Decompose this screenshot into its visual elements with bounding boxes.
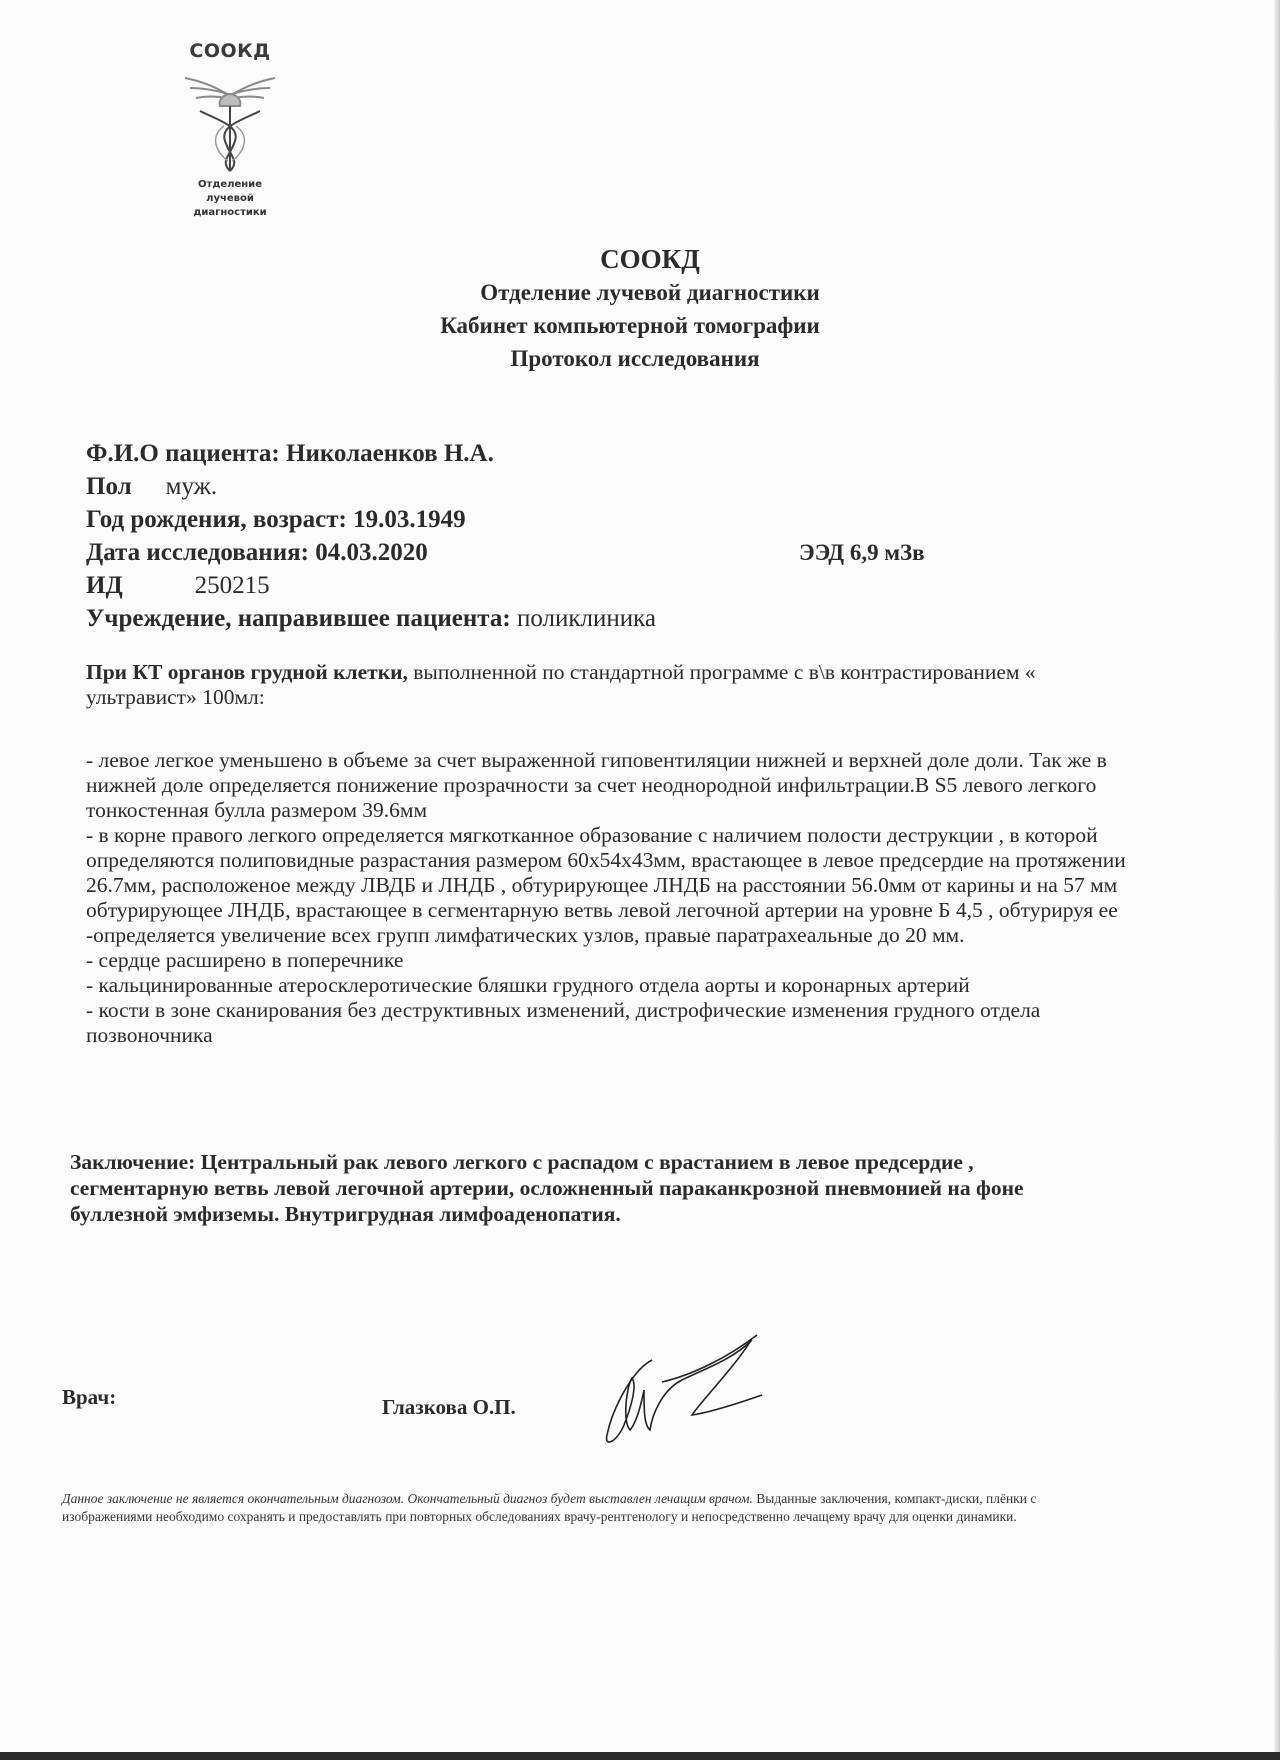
patient-id-row: ИД250215 [86,569,1136,602]
patient-birth-value: 19.03.1949 [353,506,466,533]
patient-name-value: Николаенков Н.А. [286,440,494,467]
exam-date-row: Дата исследования: 04.03.2020 ЭЭД 6,9 мЗ… [86,536,1136,569]
scan-edge [1274,0,1280,1760]
patient-birth-row: Год рождения, возраст: 19.03.1949 [86,503,1136,536]
finding-item: - левое легкое уменьшено в объеме за сче… [86,748,1126,823]
patient-id-label: ИД [86,572,123,599]
handwritten-signature-icon [582,1330,822,1450]
intro-label: При КТ органов грудной клетки, [86,660,408,684]
document-header: СООКД Отделение лучевой диагностики Каби… [300,242,960,375]
finding-item: - кости в зоне сканирования без деструкт… [86,998,1126,1048]
exam-date-value: 04.03.2020 [315,539,428,566]
patient-name-row: Ф.И.О пациента: Николаенков Н.А. [86,437,1136,470]
finding-item: - сердце расширено в поперечнике [86,948,1126,973]
logo-caption-line: Отделение [170,178,290,192]
referrer-value: поликлиника [517,605,656,632]
doctor-label: Врач: [62,1385,116,1410]
doctor-name: Глазкова О.П. [382,1395,516,1420]
findings-list: - левое легкое уменьшено в объеме за сче… [86,748,1126,1048]
disclaimer: Данное заключение не является окончатель… [62,1490,1112,1526]
header-department: Отделение лучевой диагностики [300,276,960,309]
institution-logo: СООКД Отделение лучевой диагностики [170,40,290,220]
header-cabinet: Кабинет компьютерной томографии [300,309,960,342]
logo-title: СООКД [170,40,290,62]
finding-item: - кальцинированные атеросклеротические б… [86,973,1126,998]
scanned-document-page: СООКД Отделение лучевой диагностики С [0,0,1280,1760]
exam-date-label: Дата исследования: [86,539,309,566]
finding-item: -определяется увеличение всех групп лимф… [86,923,1126,948]
conclusion: Заключение: Центральный рак левого легко… [70,1149,1110,1227]
logo-caption-line: лучевой [170,192,290,206]
finding-item: - в корне правого легкого определяется м… [86,823,1126,923]
patient-sex-value: муж. [166,473,218,500]
referrer-label: Учреждение, направившее пациента: [86,605,511,632]
caduceus-wings-icon [180,66,280,176]
patient-birth-label: Год рождения, возраст: [86,506,347,533]
referrer-row: Учреждение, направившее пациента: поликл… [86,602,1136,635]
patient-sex-row: Полмуж. [86,470,1136,503]
logo-caption: Отделение лучевой диагностики [170,178,290,220]
scan-edge [0,1752,1280,1760]
effective-dose: ЭЭД 6,9 мЗв [799,536,925,569]
exam-intro: При КТ органов грудной клетки, выполненн… [86,660,1126,710]
header-doc-type: Протокол исследования [300,342,960,375]
patient-sex-label: Пол [86,473,132,500]
patient-name-label: Ф.И.О пациента: [86,440,280,467]
disclaimer-italic: Данное заключение не является окончатель… [62,1491,753,1506]
header-org: СООКД [300,242,960,276]
patient-id-value: 250215 [195,572,270,599]
patient-info: Ф.И.О пациента: Николаенков Н.А. Полмуж.… [86,437,1136,635]
logo-caption-line: диагностики [170,206,290,220]
